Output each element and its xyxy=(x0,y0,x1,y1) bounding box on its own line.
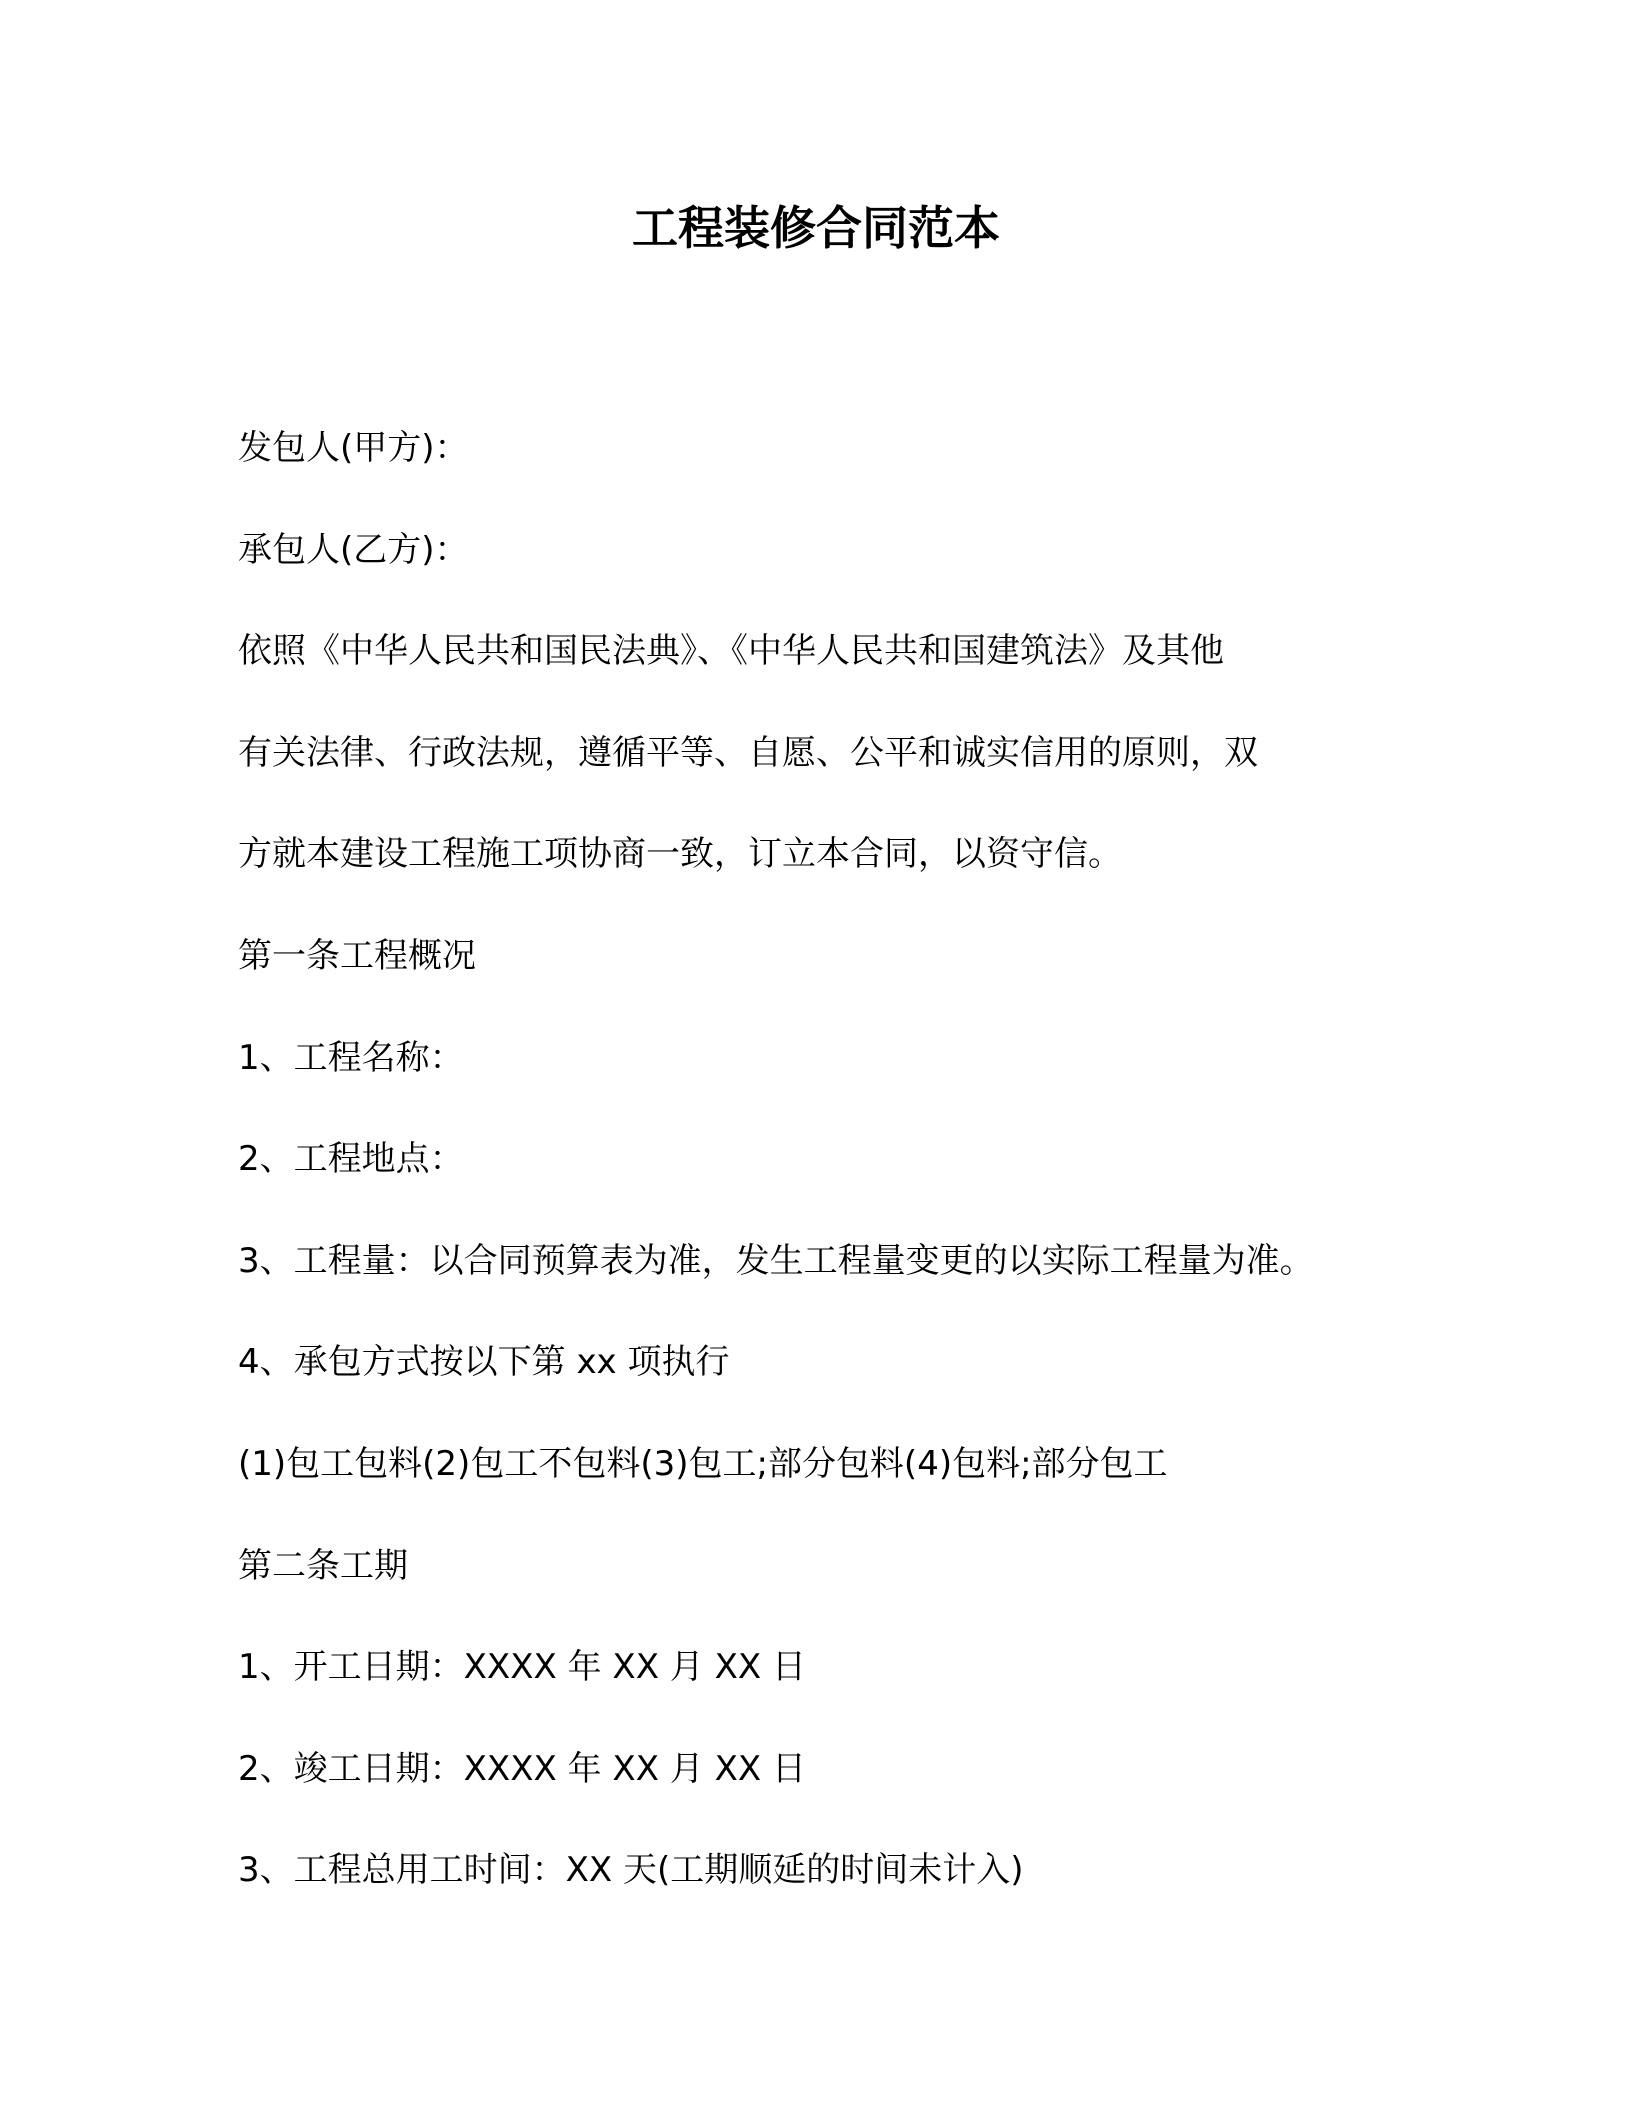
document-title: 工程装修合同范本 xyxy=(0,196,1632,260)
project-location-line: 2、工程地点： xyxy=(238,1135,1418,1183)
contract-method-line: 4、承包方式按以下第 xx 项执行 xyxy=(238,1338,1418,1386)
party-a-line: 发包人(甲方)： xyxy=(238,424,1418,472)
contract-method-options: (1)包工包料(2)包工不包料(3)包工;部分包料(4)包料;部分包工 xyxy=(238,1440,1418,1488)
completion-date-line: 2、竣工日期：XXXX 年 XX 月 XX 日 xyxy=(238,1745,1418,1793)
preamble-line-2: 有关法律、行政法规，遵循平等、自愿、公平和诚实信用的原则，双 xyxy=(238,729,1418,777)
article-1-heading: 第一条工程概况 xyxy=(238,932,1418,980)
project-quantity-line: 3、工程量：以合同预算表为准，发生工程量变更的以实际工程量为准。 xyxy=(238,1237,1418,1285)
preamble-line-3: 方就本建设工程施工项协商一致，订立本合同，以资守信。 xyxy=(238,830,1418,878)
start-date-line: 1、开工日期：XXXX 年 XX 月 XX 日 xyxy=(238,1643,1418,1691)
total-duration-line: 3、工程总用工时间：XX 天(工期顺延的时间未计入) xyxy=(238,1846,1418,1894)
party-b-line: 承包人(乙方)： xyxy=(238,526,1418,574)
document-body: 发包人(甲方)： 承包人(乙方)： 依照《中华人民共和国民法典》、《中华人民共和… xyxy=(238,424,1418,1948)
article-2-heading: 第二条工期 xyxy=(238,1542,1418,1590)
project-name-line: 1、工程名称： xyxy=(238,1034,1418,1082)
preamble-line-1: 依照《中华人民共和国民法典》、《中华人民共和国建筑法》及其他 xyxy=(238,627,1418,675)
